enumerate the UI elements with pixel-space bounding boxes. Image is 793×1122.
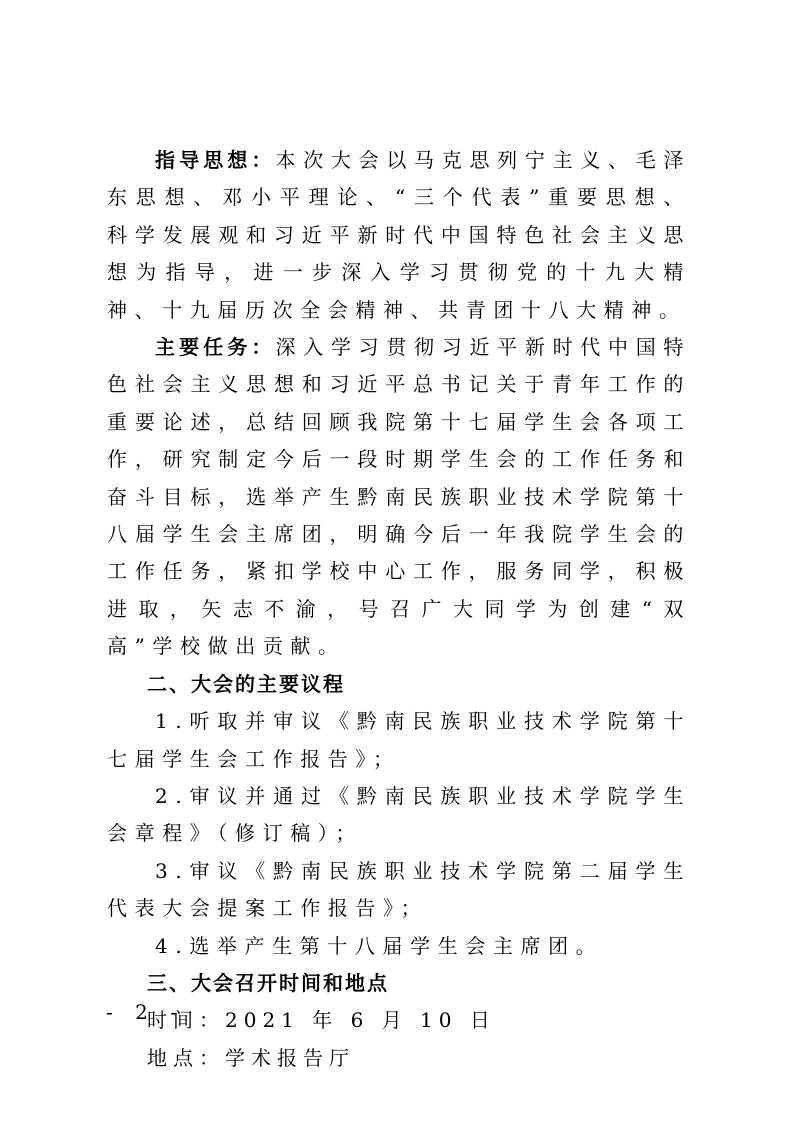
document-page: 指导思想：本次大会以马克思列宁主义、毛泽东思想、邓小平理论、“三个代表”重要思想… [0, 0, 793, 1122]
section-heading-agenda: 二、大会的主要议程 [107, 666, 691, 703]
agenda-item-2: 2.审议并通过《黔南民族职业技术学院学生会章程》（修订稿）； [107, 778, 691, 853]
guiding-ideology-paragraph: 指导思想：本次大会以马克思列宁主义、毛泽东思想、邓小平理论、“三个代表”重要思想… [107, 142, 691, 329]
section-heading-time-place: 三、大会召开时间和地点 [107, 965, 691, 1002]
agenda-item-4: 4.选举产生第十八届学生会主席团。 [107, 928, 691, 965]
main-tasks-text: 深入学习贯彻习近平新时代中国特色社会主义思想和习近平总书记关于青年工作的重要论述… [107, 335, 691, 658]
agenda-item-1: 1.听取并审议《黔南民族职业技术学院第十七届学生会工作报告》； [107, 703, 691, 778]
document-body: 指导思想：本次大会以马克思列宁主义、毛泽东思想、邓小平理论、“三个代表”重要思想… [107, 142, 691, 1077]
page-number: - 2 - [106, 1000, 185, 1024]
guiding-ideology-label: 指导思想： [155, 148, 276, 172]
agenda-item-3: 3.审议《黔南民族职业技术学院第二届学生代表大会提案工作报告》； [107, 853, 691, 928]
guiding-ideology-text: 本次大会以马克思列宁主义、毛泽东思想、邓小平理论、“三个代表”重要思想、科学发展… [107, 148, 691, 322]
main-tasks-label: 主要任务： [155, 335, 276, 359]
meeting-time: 时间：2021 年 6 月 10 日 [107, 1002, 691, 1039]
main-tasks-paragraph: 主要任务：深入学习贯彻习近平新时代中国特色社会主义思想和习近平总书记关于青年工作… [107, 329, 691, 666]
meeting-place: 地点：学术报告厅 [107, 1040, 691, 1077]
